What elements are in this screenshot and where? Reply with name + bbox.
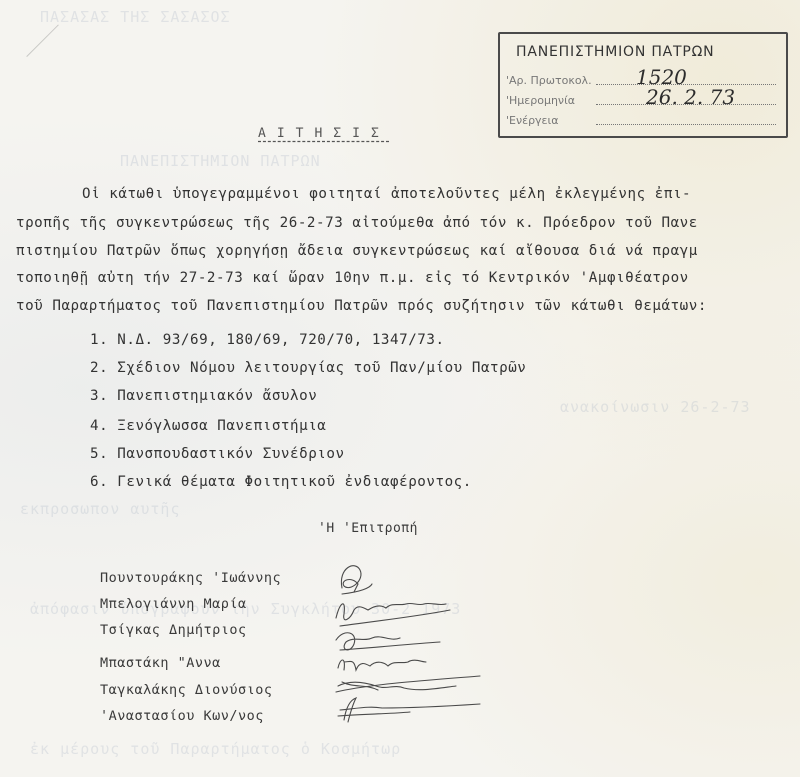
signer-name: Πουντουράκης 'Ιωάννης (100, 570, 281, 586)
bleed-through-text: ἐκ μέρους τοῦ Παραρτήματος ὁ Κοσμήτωρ (30, 740, 401, 758)
stamp-action-line (596, 124, 776, 125)
bleed-through-text: ΠΑΣΑΣΑΣ ΤΗΣ ΣΑΣΑΣΟΣ (40, 8, 231, 26)
body-line: τοποιηθῇ αὐτη τήν 27-2-73 καί ὥραν 10ην … (16, 270, 689, 286)
stamp-action-label: 'Ενέργεια (506, 114, 596, 127)
topic-item-1: 1. Ν.Δ. 93/69, 180/69, 720/70, 1347/73. (90, 332, 445, 348)
signer-name: Μπελογιάννη Μαρία (100, 596, 247, 612)
bleed-through-text: εκπροσωπον αυτῆς (20, 500, 181, 518)
signer-name: Μπαστάκη "Αννα (100, 655, 221, 671)
topic-item-2: 2. Σχέδιον Νόμου λειτουργίας τοῦ Παν/μίο… (90, 360, 526, 376)
stamp-date-value: 26. 2. 73 (646, 85, 735, 109)
signer-name: 'Αναστασίου Κων/νος (100, 708, 264, 724)
body-line: τοῦ Παραρτήματος τοῦ Πανεπιστημίου Πατρῶ… (16, 298, 707, 314)
bleed-through-text: ανακοίνωσιν 26-2-73 (560, 398, 751, 416)
bleed-through-text: ΠΑΝΕΠΙΣΤΗΜΙΟΝ ΠΑΤΡΩΝ (120, 152, 321, 170)
topic-item-3: 3. Πανεπιστημιακόν ἄσυλον (90, 388, 317, 404)
body-line: Οἱ κάτωθι ὑπογεγραμμένοι φοιτηταί ἀποτελ… (82, 186, 691, 202)
stamp-protocol-row: 'Αρ. Πρωτοκολ. 1520 (506, 74, 776, 87)
topic-item-4: 4. Ξενόγλωσσα Πανεπιστήμια (90, 418, 326, 434)
topic-item-5: 5. Πανσπουδαστικόν Συνέδριον (90, 446, 345, 462)
signer-name: Ταγκαλάκης Διονύσιος (100, 682, 273, 698)
scanned-document-page: ΠΑΣΑΣΑΣ ΤΗΣ ΣΑΣΑΣΟΣ ΠΑΝΕΠΙΣΤΗΜΙΟΝ ΠΑΤΡΩΝ… (0, 0, 800, 777)
document-heading: ΑΙΤΗΣΙΣ (258, 126, 390, 141)
committee-label: 'Η 'Επιτροπή (318, 521, 418, 536)
stamp-protocol-label: 'Αρ. Πρωτοκολ. (506, 74, 596, 87)
handwritten-signatures (330, 558, 530, 728)
stamp-date-label: 'Ημερομηνία (506, 94, 596, 107)
registry-stamp: ΠΑΝΕΠΙΣΤΗΜΙΟΝ ΠΑΤΡΩΝ 'Αρ. Πρωτοκολ. 1520… (498, 32, 788, 138)
topic-item-6: 6. Γενικά θέματα Φοιτητικοῦ ἐνδιαφέροντο… (90, 474, 472, 490)
body-line: πιστημίου Πατρῶν ὅπως χορηγήσῃ ἄδεια συγ… (16, 243, 698, 259)
body-line: τροπῆς τῆς συγκεντρώσεως τῆς 26-2-73 αἰτ… (16, 215, 698, 231)
signer-name: Τσίγκας Δημήτριος (100, 622, 247, 638)
stamp-date-row: 'Ημερομηνία 26. 2. 73 (506, 94, 776, 107)
stamp-title: ΠΑΝΕΠΙΣΤΗΜΙΟΝ ΠΑΤΡΩΝ (516, 44, 714, 60)
stamp-action-row: 'Ενέργεια (506, 114, 776, 127)
